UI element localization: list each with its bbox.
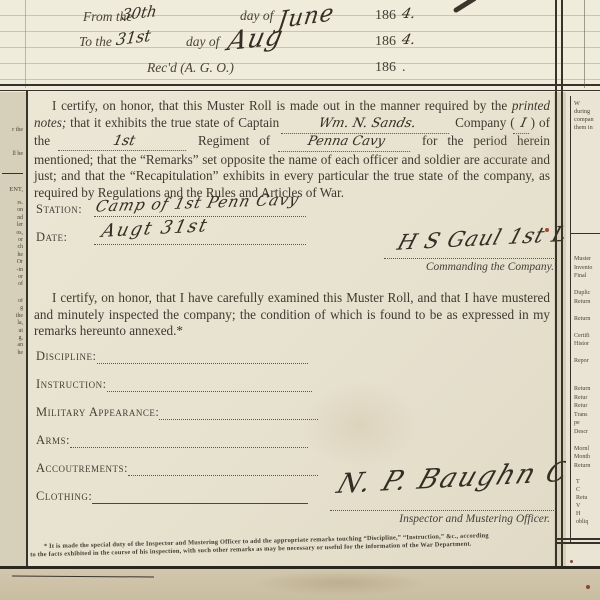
center-double-rule-1 — [555, 0, 557, 576]
top-right-thin-rule — [584, 0, 585, 88]
field-row-instruction: Instruction: — [36, 377, 312, 392]
right-fragment-top: Wduringcompanthem in — [574, 100, 600, 132]
left-fragment-1: r the — [0, 126, 23, 135]
right-column-inner-rule — [570, 96, 571, 544]
left-fragment-2: ll be — [0, 150, 23, 159]
ink-dot — [545, 228, 549, 232]
certification-paragraph-1: I certify, on honor, that this Muster Ro… — [34, 98, 550, 202]
arms-label: Arms: — [36, 433, 70, 448]
cert1-text-a: I certify, on honor, that this Muster Ro… — [52, 98, 512, 113]
signature1-line — [384, 244, 554, 259]
date-label: Date: — [36, 230, 68, 245]
right-strip-divider — [570, 233, 600, 234]
right-fragment-list-1: MusterInventoFinal DuplicReturn Return C… — [574, 255, 600, 366]
top-divider-rule-1 — [0, 84, 600, 86]
from-year-printed: 186 — [375, 8, 396, 24]
to-year-printed: 186 — [375, 34, 396, 50]
recd-year-printed: 186 — [375, 60, 396, 76]
center-double-rule-2 — [561, 0, 563, 576]
left-fragment-block-2: ofgthela,utg,anhe — [0, 298, 23, 357]
to-day-of: day of — [186, 34, 219, 50]
left-strip-rule — [2, 173, 23, 174]
cert1-text-c: Company ( — [451, 115, 515, 130]
station-label: Station: — [36, 202, 82, 217]
commanding-company-title: Commanding the Company. — [380, 261, 554, 273]
field-row-discipline: Discipline: — [36, 349, 308, 364]
military-appearance-label: Military Appearance: — [36, 405, 159, 420]
discipline-label: Discipline: — [36, 349, 97, 364]
right-strip-double-rule-1 — [556, 538, 600, 540]
top-divider-rule-2 — [0, 90, 600, 92]
arms-fill-line — [70, 434, 308, 448]
left-fragment-block-1: rs.onndleros,orchheOr-inorof — [0, 200, 23, 289]
field-row-military-appearance: Military Appearance: — [36, 405, 318, 420]
muster-roll-document: { "header": { "from_prefix": "From the",… — [0, 0, 600, 600]
field-row-clothing: Clothing: — [36, 489, 308, 504]
right-fragment-list-3: TCRetuVHobliq — [576, 478, 600, 526]
regiment-number-handwritten: 1st — [58, 133, 190, 151]
cert2-text: I certify, on honor, that I have careful… — [34, 290, 550, 338]
paper-crease — [25, 0, 26, 88]
recd-label: Rec'd (A. G. O.) — [147, 60, 234, 76]
cert1-text-e: Regiment of — [188, 133, 280, 148]
clothing-fill-line — [92, 490, 308, 504]
inspector-mustering-title: Inspector and Mustering Officer. — [360, 513, 550, 525]
military-appearance-fill-line — [159, 406, 318, 420]
recd-dot: . — [402, 60, 406, 76]
to-month-handwritten: Aug — [225, 21, 286, 58]
certification-paragraph-2: I certify, on honor, that I have careful… — [34, 290, 550, 340]
to-prefix: To the — [79, 34, 112, 50]
right-fragment-list-2: ReturnReturReturTranspeDescr MornlMonthR… — [574, 385, 600, 470]
right-strip-double-rule-2 — [556, 542, 600, 544]
signature2-line — [330, 496, 554, 511]
accoutrements-label: Accoutrements: — [36, 461, 128, 476]
captain-name-handwritten: Wm. N. Sands. — [281, 116, 453, 134]
regiment-of-handwritten: Penna Cavy — [278, 134, 414, 152]
accoutrements-fill-line — [128, 462, 318, 476]
discipline-fill-line — [97, 350, 309, 364]
field-row-accoutrements: Accoutrements: — [36, 461, 318, 476]
bottom-aged-margin — [0, 569, 600, 600]
cert1-text-b: that it exhibits the true state of Capta… — [66, 115, 283, 130]
instruction-fill-line — [107, 378, 312, 392]
left-column-rule — [26, 91, 28, 566]
red-stain-dot-1 — [586, 585, 590, 589]
left-fragment-3: ENT, — [0, 186, 23, 195]
red-stain-dot-2 — [570, 560, 573, 563]
field-row-arms: Arms: — [36, 433, 308, 448]
company-letter-handwritten: I — [513, 116, 533, 134]
clothing-label: Clothing: — [36, 489, 92, 504]
instruction-label: Instruction: — [36, 377, 107, 392]
